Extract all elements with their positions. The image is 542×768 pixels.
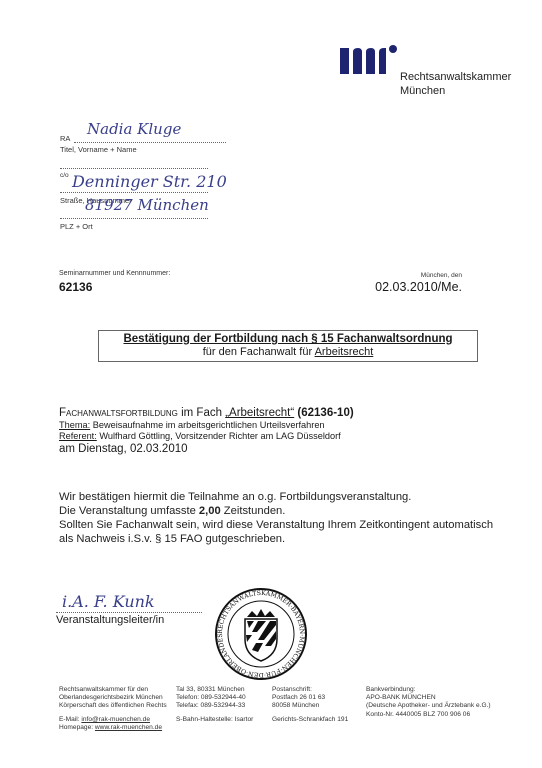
hours-value: 2,00 (199, 505, 221, 517)
footer-organisation: Rechtsanwaltskammer für den Oberlandesge… (59, 686, 189, 732)
address-line-blank (60, 168, 208, 169)
city-handwritten: 81927 München (85, 196, 209, 214)
course-details: Fachanwaltsfortbildung im Fach „Arbeitsr… (59, 406, 499, 456)
course-type: Fachanwaltsfortbildung (59, 407, 178, 419)
course-thema: Thema: Beweisaufnahme im arbeitsgerichtl… (59, 420, 499, 431)
title-prefix: RA (60, 134, 70, 143)
course-fach: „Arbeitsrecht“ (225, 407, 294, 419)
place-label: München, den (421, 272, 462, 279)
seminar-number: 62136 (59, 280, 92, 294)
official-seal: RECHTSANWALTSKAMMER·BAYERN·MÜNCHEN·FÜR·D… (214, 587, 308, 681)
co-label: c/o (60, 172, 69, 179)
heading-subtitle: für den Fachanwalt für Arbeitsrecht (99, 346, 477, 358)
logo-line-1: Rechtsanwaltskammer (400, 70, 511, 84)
course-referent: Referent: Wulfhard Göttling, Vorsitzende… (59, 431, 499, 442)
signature-handwritten: i.A. F. Kunk (62, 592, 155, 611)
date-reference: 02.03.2010/Me. (375, 280, 462, 294)
footer-bank: Bankverbindung: APO-BANK MÜNCHEN (Deutsc… (366, 686, 536, 719)
city-label: PLZ + Ort (60, 222, 93, 231)
confirmation-text: Wir bestätigen hiermit die Teilnahme an … (59, 490, 509, 546)
course-date: am Dienstag, 02.03.2010 (59, 442, 499, 456)
footer-postal: Postanschrift: Postfach 26 01 63 80058 M… (272, 686, 372, 724)
logo-line-2: München (400, 84, 511, 98)
footer-address: Tal 33, 80331 München Telefon: 089-53294… (176, 686, 276, 724)
rak-logo-text: Rechtsanwaltskammer München (400, 70, 511, 98)
street-handwritten: Denninger Str. 210 (72, 172, 227, 191)
seminar-label: Seminarnummer und Kennnummer: (59, 270, 170, 277)
name-handwritten: Nadia Kluge (87, 120, 181, 138)
confirmation-heading-box: Bestätigung der Fortbildung nach § 15 Fa… (98, 330, 478, 362)
email-link[interactable]: info@rak-muenchen.de (81, 716, 150, 723)
course-code: (62136-10) (294, 407, 353, 419)
rak-logo-mark (340, 44, 400, 74)
name-label: Titel, Vorname + Name (60, 145, 137, 154)
heading-title: Bestätigung der Fortbildung nach § 15 Fa… (99, 333, 477, 345)
homepage-link[interactable]: www.rak-muenchen.de (95, 724, 162, 731)
subtitle-field: Arbeitsrecht (315, 346, 374, 358)
signature-label: Veranstaltungsleiter/in (56, 614, 164, 626)
